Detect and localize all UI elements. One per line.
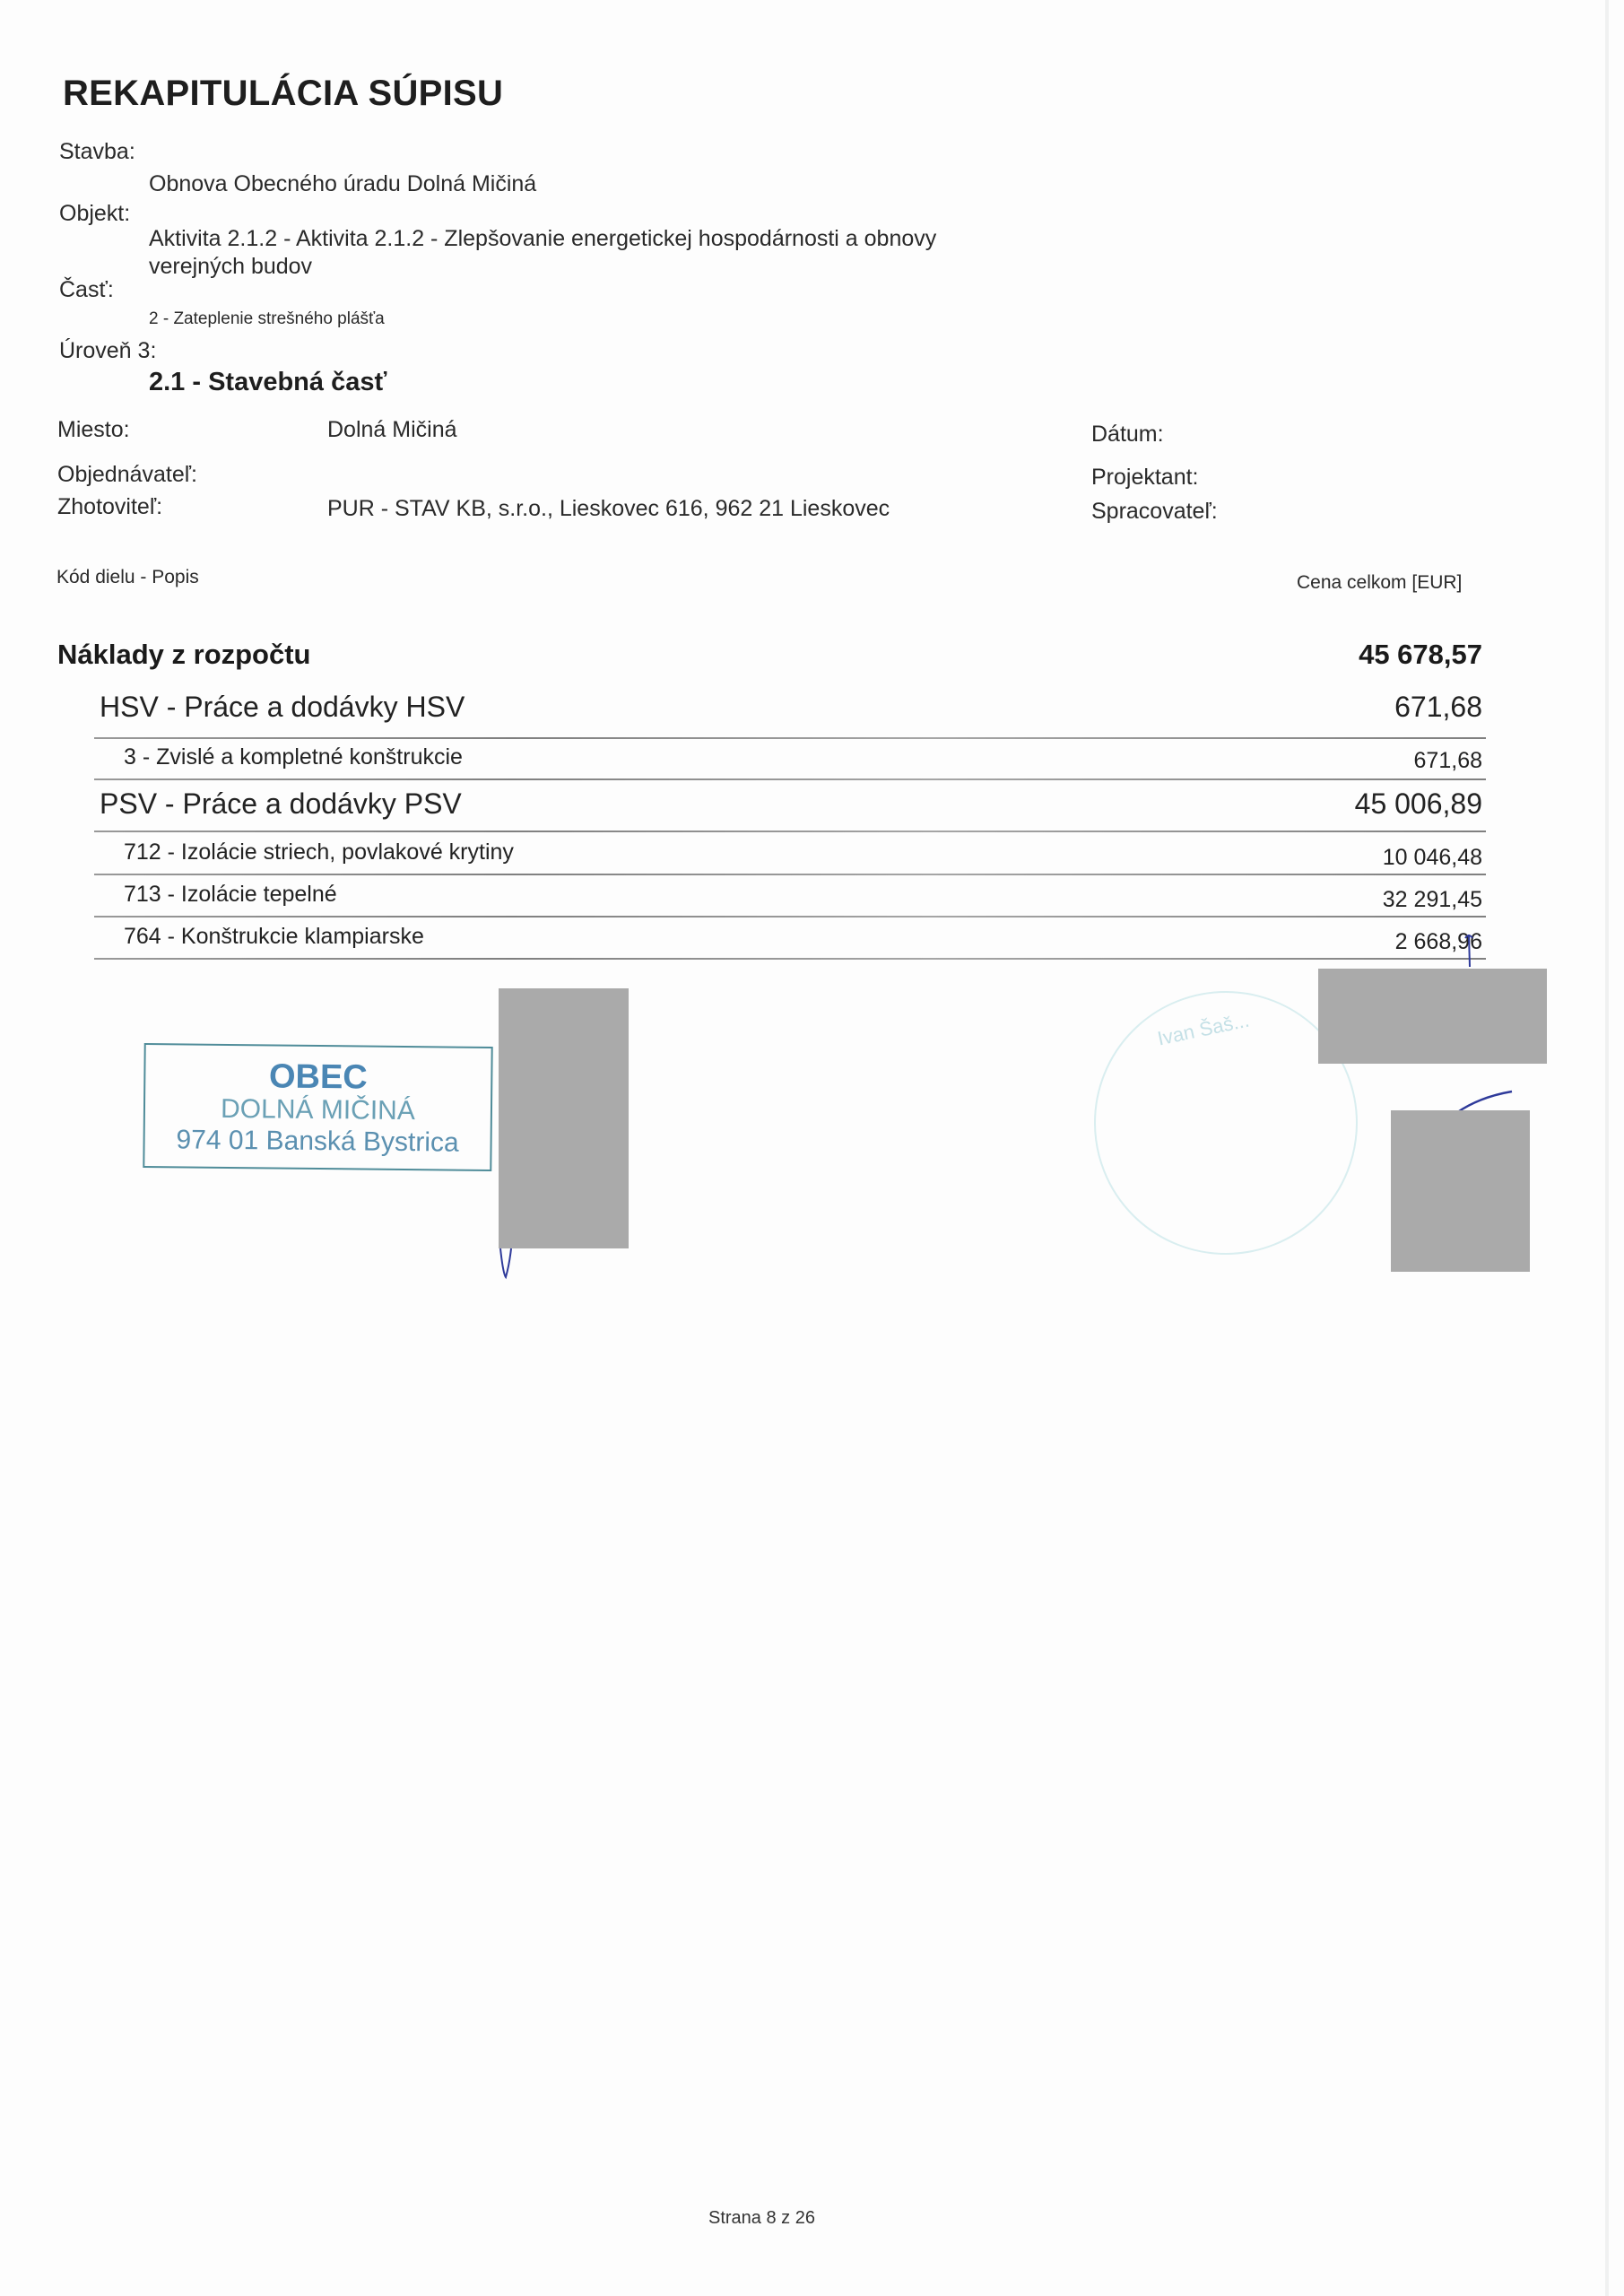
- page-number: Strana 8 z 26: [708, 2208, 815, 2229]
- scan-edge: [1605, 0, 1609, 2296]
- row-description: 3 - Zvislé a kompletné konštrukcie: [124, 744, 463, 770]
- projektant-label: Projektant:: [1091, 465, 1199, 491]
- row-divider: [94, 778, 1486, 780]
- row-description: PSV - Práce a dodávky PSV: [100, 787, 462, 821]
- municipality-stamp: OBEC DOLNÁ MIČINÁ 974 01 Banská Bystrica: [143, 1043, 492, 1171]
- row-divider: [94, 831, 1486, 832]
- row-amount: 671,68: [1414, 748, 1482, 774]
- row-divider: [94, 958, 1486, 960]
- document-title: REKAPITULÁCIA SÚPISU: [63, 74, 503, 114]
- row-description: Náklady z rozpočtu: [57, 639, 311, 671]
- zhotovitel-value: PUR - STAV KB, s.r.o., Lieskovec 616, 96…: [327, 496, 890, 522]
- column-header-description: Kód dielu - Popis: [56, 567, 199, 588]
- redaction-box: [1318, 969, 1547, 1064]
- row-amount: 45 678,57: [1359, 639, 1482, 671]
- row-amount: 45 006,89: [1355, 787, 1482, 821]
- objekt-value-line1: Aktivita 2.1.2 - Aktivita 2.1.2 - Zlepšo…: [149, 226, 936, 252]
- signature-stroke-icon: [1462, 933, 1480, 969]
- uroven-value: 2.1 - Stavebná časť: [149, 368, 386, 397]
- datum-label: Dátum:: [1091, 422, 1164, 448]
- cast-label: Časť:: [59, 277, 114, 303]
- row-description: HSV - Práce a dodávky HSV: [100, 691, 465, 724]
- miesto-label: Miesto:: [57, 417, 130, 443]
- row-amount: 32 291,45: [1383, 887, 1482, 913]
- spracovatel-label: Spracovateľ:: [1091, 499, 1218, 525]
- stamp-line3: 974 01 Banská Bystrica: [144, 1124, 490, 1160]
- row-description: 712 - Izolácie striech, povlakové krytin…: [124, 839, 514, 865]
- uroven-label: Úroveň 3:: [59, 338, 156, 364]
- row-description: 764 - Konštrukcie klampiarske: [124, 924, 424, 950]
- cast-value: 2 - Zateplenie strešného plášťa: [149, 309, 385, 329]
- row-divider: [94, 916, 1486, 918]
- signature-stroke-icon: [495, 1247, 522, 1283]
- stamp-line2: DOLNÁ MIČINÁ: [145, 1093, 491, 1127]
- column-header-price: Cena celkom [EUR]: [1297, 572, 1462, 594]
- row-divider: [94, 737, 1486, 739]
- objekt-label: Objekt:: [59, 201, 130, 227]
- redaction-box: [1391, 1110, 1530, 1272]
- objednavatel-label: Objednávateľ:: [57, 462, 197, 488]
- stavba-value: Obnova Obecného úradu Dolná Mičiná: [149, 171, 536, 197]
- objekt-value-line2: verejných budov: [149, 254, 312, 280]
- row-description: 713 - Izolácie tepelné: [124, 882, 337, 908]
- zhotovitel-label: Zhotoviteľ:: [57, 494, 162, 520]
- stamp-line1: OBEC: [145, 1057, 491, 1097]
- redaction-box: [499, 988, 629, 1248]
- miesto-value: Dolná Mičiná: [327, 417, 457, 443]
- row-amount: 671,68: [1394, 691, 1482, 724]
- row-amount: 10 046,48: [1383, 845, 1482, 871]
- stavba-label: Stavba:: [59, 139, 135, 165]
- row-divider: [94, 874, 1486, 875]
